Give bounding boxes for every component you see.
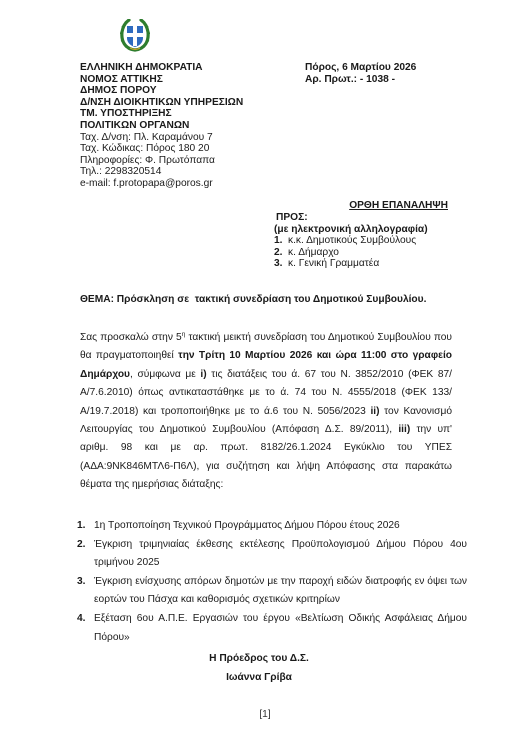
agenda-item: 3. Έγκριση ενίσχυσης απόρων δημοτών με τ… — [77, 573, 467, 610]
issuer-line: ΠΟΛΙΤΙΚΩΝ ΟΡΓΑΝΩΝ — [80, 120, 243, 132]
agenda-item: 4. Εξέταση 6ου Α.Π.Ε. Εργασιών του έργου… — [77, 610, 467, 647]
signature-name: Ιωάννα Γρίβα — [0, 672, 524, 683]
issuer-block: ΕΛΛΗΝΙΚΗ ΔΗΜΟΚΡΑΤΙΑ ΝΟΜΟΣ ΑΤΤΙΚΗΣ ΔΗΜΟΣ … — [80, 62, 243, 190]
recipients-list: 1. κ.κ. Δημοτικούς Συμβούλους 2. κ. Δήμα… — [274, 235, 428, 270]
place-date: Πόρος, 6 Μαρτίου 2026 — [305, 62, 416, 74]
postal-code: Ταχ. Κώδικας: Πόρος 180 20 — [80, 143, 243, 155]
agenda-list: 1. 1η Τροποποίηση Τεχνικού Προγράμματος … — [77, 517, 467, 647]
subject-line: ΘΕΜΑ: Πρόσκληση σε τακτική συνεδρίαση το… — [80, 294, 426, 305]
email: e-mail: f.protopapa@poros.gr — [80, 178, 243, 190]
contact-person: Πληροφορίες: Φ. Πρωτόπαπα — [80, 155, 243, 167]
issuer-line: ΕΛΛΗΝΙΚΗ ΔΗΜΟΚΡΑΤΙΑ — [80, 62, 243, 74]
document-page: ΕΛΛΗΝΙΚΗ ΔΗΜΟΚΡΑΤΙΑ ΝΟΜΟΣ ΑΤΤΙΚΗΣ ΔΗΜΟΣ … — [0, 0, 530, 750]
recipient-item: 2. κ. Δήμαρχο — [274, 247, 428, 259]
agenda-item: 2. Έγκριση τριμηνιαίας έκθεσης εκτέλεσης… — [77, 536, 467, 573]
recipients-block: ΠΡΟΣ: (με ηλεκτρονική αλληλογραφία) 1. κ… — [274, 212, 428, 270]
repeat-title: ΟΡΘΗ ΕΠΑΝΑΛΗΨΗ — [349, 200, 448, 211]
date-protocol-block: Πόρος, 6 Μαρτίου 2026 Αρ. Πρωτ.: - 1038 … — [305, 62, 416, 85]
issuer-line: Δ/ΝΣΗ ΔΙΟΙΚΗΤΙΚΩΝ ΥΠΗΡΕΣΙΩΝ — [80, 97, 243, 109]
issuer-line: ΔΗΜΟΣ ΠΟΡΟΥ — [80, 85, 243, 97]
recipients-subheading: (με ηλεκτρονική αλληλογραφία) — [274, 224, 428, 236]
recipient-item: 3. κ. Γενική Γραμματέα — [274, 258, 428, 270]
phone: Τηλ.: 2298320514 — [80, 166, 243, 178]
address: Ταχ. Δ/νση: Πλ. Καραμάνου 7 — [80, 132, 243, 144]
recipient-item: 1. κ.κ. Δημοτικούς Συμβούλους — [274, 235, 428, 247]
agenda-item: 1. 1η Τροποποίηση Τεχνικού Προγράμματος … — [77, 517, 467, 536]
issuer-line: ΤΜ. ΥΠΟΣΤΗΡΙΞΗΣ — [80, 108, 243, 120]
recipients-heading: ΠΡΟΣ: — [274, 212, 428, 224]
greek-coat-of-arms-icon — [120, 19, 150, 53]
issuer-line: ΝΟΜΟΣ ΑΤΤΙΚΗΣ — [80, 74, 243, 86]
page-number: [1] — [0, 709, 530, 720]
signature-title: Η Πρόεδρος του Δ.Σ. — [0, 653, 524, 664]
protocol-number: Αρ. Πρωτ.: - 1038 - — [305, 74, 416, 86]
body-paragraph: Σας προσκαλώ στην 5η τακτική μεικτή συνε… — [80, 329, 452, 495]
